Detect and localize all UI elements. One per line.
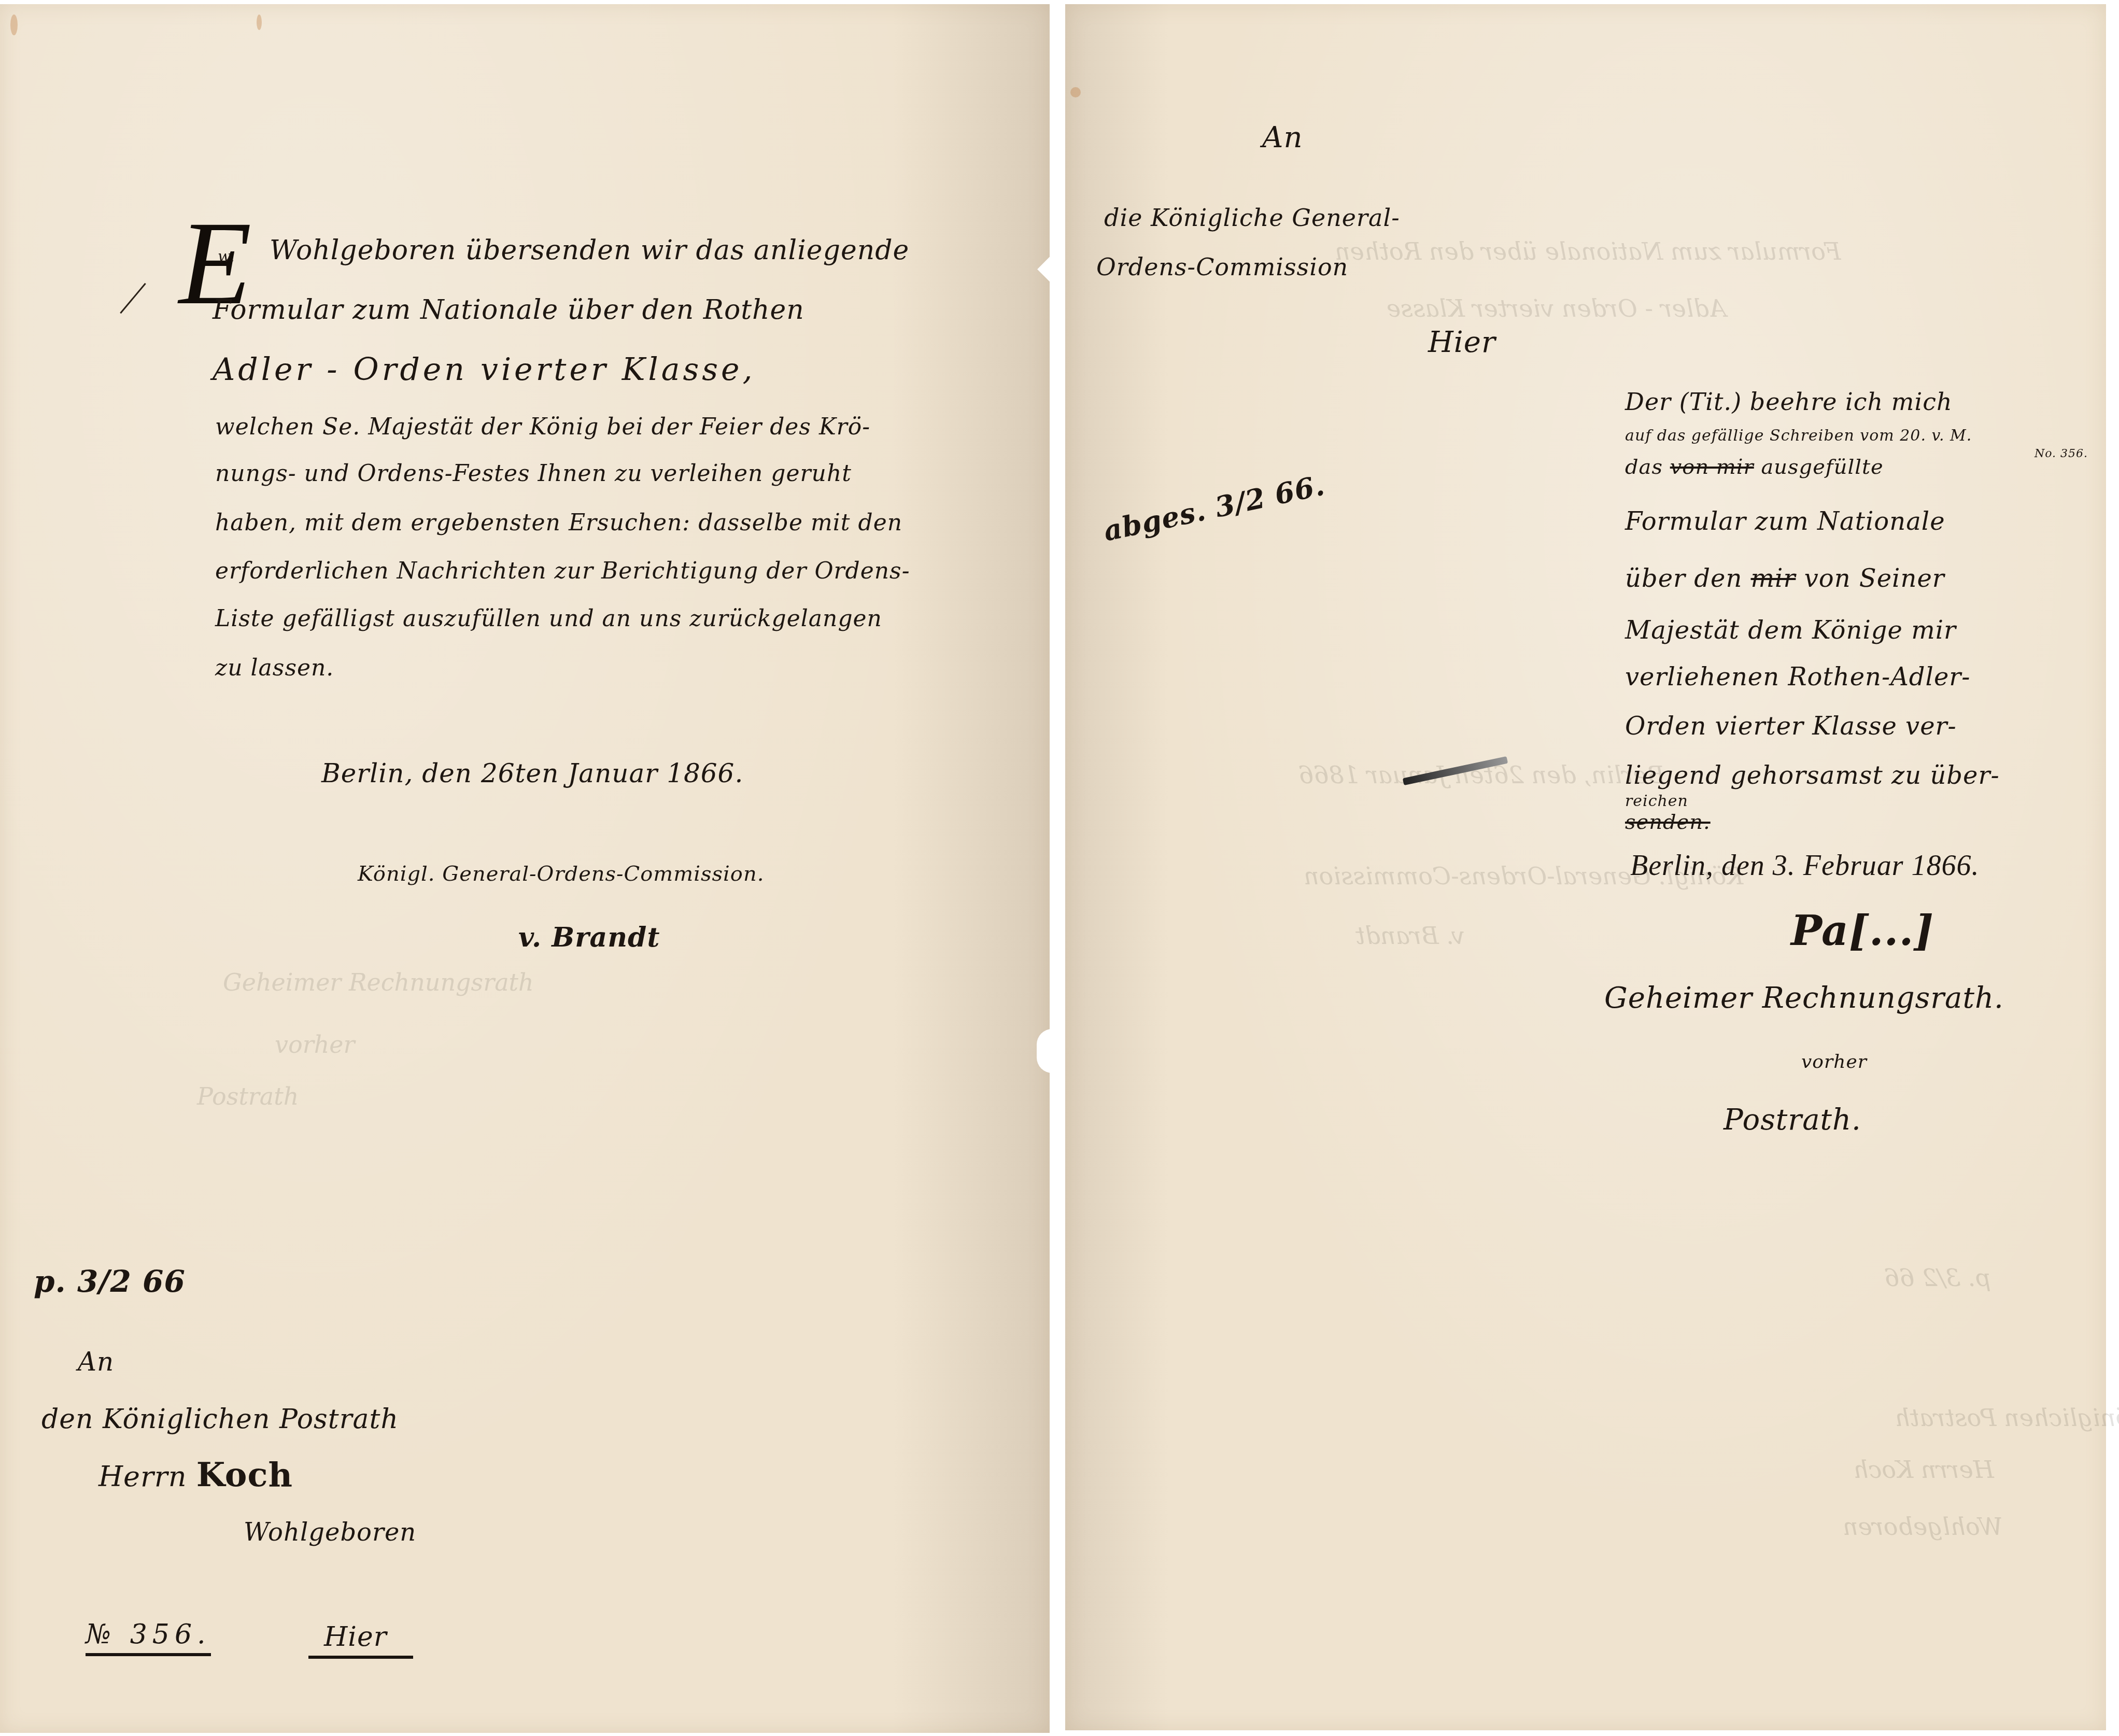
salutation-abbrev: w.: [218, 248, 235, 266]
body-line: Formular zum Nationale: [1625, 507, 1945, 536]
margin-mark: [120, 283, 146, 314]
foxing-stain: [1070, 87, 1081, 97]
text-fragment: von Seiner: [1796, 564, 1944, 593]
foxing-stain: [257, 15, 262, 30]
date-line: Berlin, den 26ten Januar 1866.: [321, 758, 743, 788]
body-line: Orden vierter Klasse ver-: [1625, 712, 1957, 741]
body-line: erforderlichen Nachrichten zur Berichtig…: [215, 558, 910, 584]
place-label: Hier: [308, 1621, 413, 1659]
recipient-name: Koch: [196, 1456, 293, 1494]
body-line: Liste gefälligst auszufüllen und an uns …: [215, 605, 882, 632]
struck-word: von mir: [1670, 455, 1754, 479]
bleed-through-text: Geheimer Rechnungsrath: [223, 968, 534, 996]
struck-word: senden.: [1625, 810, 1711, 834]
body-line: verliehenen Rothen-Adler-: [1625, 662, 1970, 691]
text-fragment: ausgefüllte: [1754, 455, 1884, 479]
bleed-through-text: den Königlichen Postrath: [1895, 1404, 2119, 1432]
address-line: den Königlichen Postrath: [41, 1404, 399, 1435]
address-place: Hier: [1428, 326, 1496, 359]
title-line: vorher: [1801, 1051, 1867, 1072]
body-line: das von mir ausgefüllte: [1625, 455, 1884, 479]
signature: Pa[...]: [1791, 906, 1934, 955]
right-page: Formular zum Nationale über den Rothen A…: [1065, 4, 2106, 1730]
address-line: Ordens-Commission: [1096, 253, 1348, 281]
body-line: nungs- und Ordens-Festes Ihnen zu verlei…: [215, 460, 852, 487]
registry-note: abges. 3/2 66.: [1100, 469, 1327, 548]
title-line: Postrath.: [1724, 1103, 1861, 1137]
text-fragment: das: [1625, 455, 1670, 479]
left-page: Geheimer Rechnungsrath vorher Postrath E…: [0, 4, 1050, 1733]
body-line: Formular zum Nationale über den Rothen: [213, 294, 804, 326]
body-line: liegend gehorsamst zu über-: [1625, 761, 2000, 790]
bleed-through-text: Postrath: [197, 1082, 299, 1110]
address-line: Wohlgeboren: [244, 1518, 416, 1547]
superscript-ref: No. 356.: [2035, 447, 2088, 460]
bleed-through-text: Wohlgeboren: [1843, 1513, 2003, 1541]
date-line: Berlin, den 3. Februar 1866.: [1630, 849, 1979, 882]
body-line: haben, mit dem ergebensten Ersuchen: das…: [215, 510, 902, 536]
bleed-through-text: Adler - Orden vierter Klasse: [1387, 294, 1726, 322]
bleed-through-text: v. Brandt: [1355, 922, 1465, 950]
bleed-through-text: vorher: [275, 1031, 355, 1058]
sender-line: Königl. General-Ordens-Commission.: [358, 862, 764, 886]
text-fragment: über den: [1625, 564, 1751, 593]
registry-note: p. 3/2 66: [34, 1264, 186, 1299]
struck-word: mir: [1751, 564, 1796, 593]
address-prefix: Herrn: [98, 1460, 187, 1493]
bleed-through-text: Formular zum Nationale über den Rothen: [1335, 237, 1841, 265]
signature: v. Brandt: [518, 922, 660, 953]
body-line: über den mir von Seiner: [1625, 564, 1945, 593]
title-line: Geheimer Rechnungsrath.: [1604, 981, 2004, 1015]
body-line: welchen Se. Majestät der König bei der F…: [215, 414, 870, 440]
foxing-stain: [10, 15, 18, 35]
address-line: die Königliche General-: [1104, 204, 1400, 232]
bleed-through-text: p. 3/2 66: [1884, 1264, 1991, 1292]
address-to: An: [1262, 121, 1303, 154]
body-line: Majestät dem Könige mir: [1625, 616, 1956, 645]
body-line: auf das gefällige Schreiben vom 20. v. M…: [1625, 427, 1972, 445]
bleed-through-text: Herrn Koch: [1853, 1456, 1994, 1484]
address-line: Herrn Koch: [98, 1456, 293, 1494]
body-line: zu lassen.: [215, 655, 334, 681]
body-line-insert: reichen: [1625, 792, 1688, 810]
number-label: № 356.: [86, 1619, 211, 1656]
address-to: An: [78, 1347, 114, 1377]
body-line: Der (Tit.) beehre ich mich: [1625, 388, 1953, 416]
body-line: Adler - Orden vierter Klasse,: [213, 351, 756, 388]
body-line: Wohlgeboren übersenden wir das anliegend…: [270, 235, 909, 266]
